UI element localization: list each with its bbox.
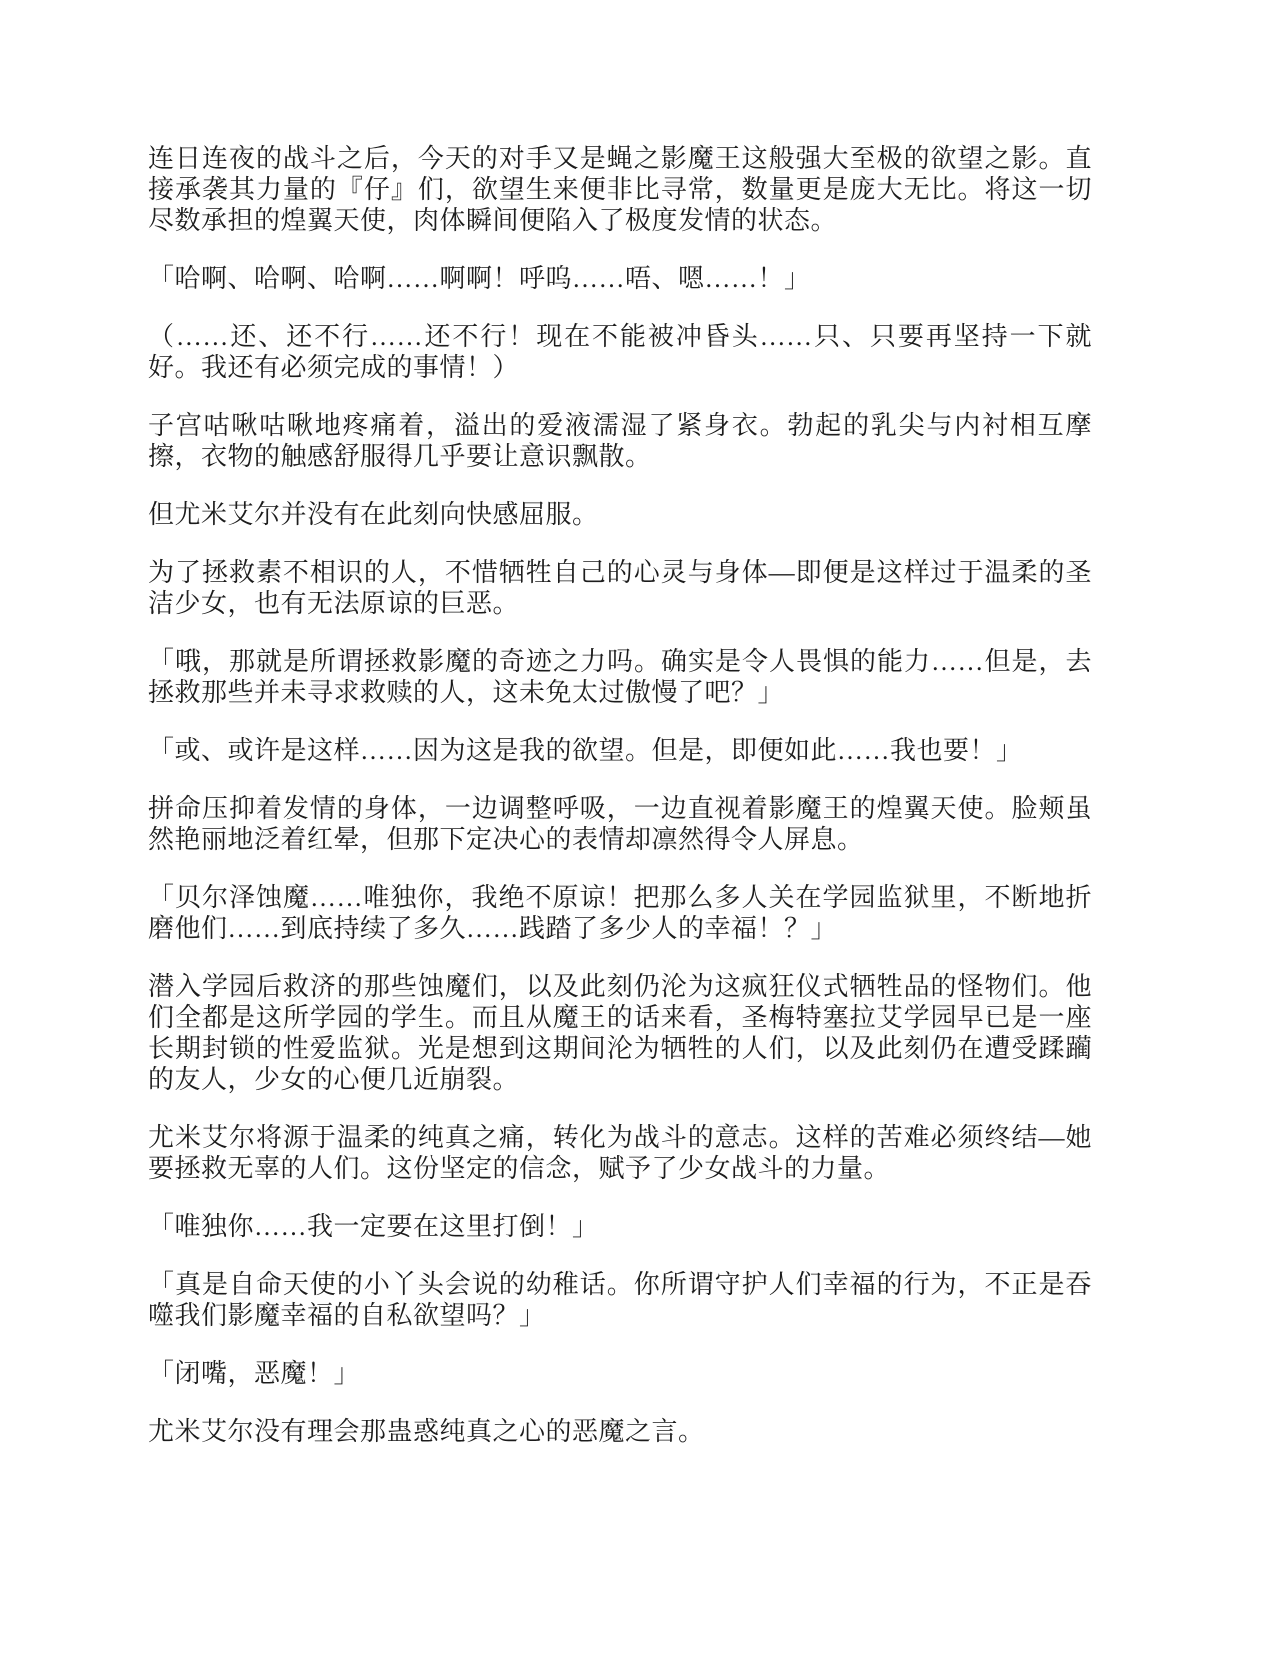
paragraph: 但尤米艾尔并没有在此刻向快感屈服。 xyxy=(148,499,1092,530)
paragraph: 连日连夜的战斗之后，今天的对手又是蝇之影魔王这般强大至极的欲望之影。直接承袭其力… xyxy=(148,143,1092,236)
document-page: 连日连夜的战斗之后，今天的对手又是蝇之影魔王这般强大至极的欲望之影。直接承袭其力… xyxy=(0,0,1280,1656)
paragraph: 拼命压抑着发情的身体，一边调整呼吸，一边直视着影魔王的煌翼天使。脸颊虽然艳丽地泛… xyxy=(148,793,1092,855)
paragraph: 「贝尔泽蚀魔……唯独你，我绝不原谅！把那么多人关在学园监狱里，不断地折磨他们……… xyxy=(148,882,1092,944)
paragraph: 「闭嘴，恶魔！」 xyxy=(148,1358,1092,1389)
paragraph: 「哦，那就是所谓拯救影魔的奇迹之力吗。确实是令人畏惧的能力……但是，去拯救那些并… xyxy=(148,646,1092,708)
paragraph: 「哈啊、哈啊、哈啊……啊啊！呼呜……唔、嗯……！」 xyxy=(148,263,1092,294)
paragraph: 「真是自命天使的小丫头会说的幼稚话。你所谓守护人们幸福的行为，不正是吞噬我们影魔… xyxy=(148,1269,1092,1331)
paragraph: 为了拯救素不相识的人，不惜牺牲自己的心灵与身体—即便是这样过于温柔的圣洁少女，也… xyxy=(148,557,1092,619)
paragraph: （……还、还不行……还不行！现在不能被冲昏头……只、只要再坚持一下就好。我还有必… xyxy=(148,321,1092,383)
paragraph: 潜入学园后救济的那些蚀魔们，以及此刻仍沦为这疯狂仪式牺牲品的怪物们。他们全都是这… xyxy=(148,971,1092,1095)
paragraph: 子宫咕啾咕啾地疼痛着，溢出的爱液濡湿了紧身衣。勃起的乳尖与内衬相互摩擦，衣物的触… xyxy=(148,410,1092,472)
paragraph: 尤米艾尔没有理会那蛊惑纯真之心的恶魔之言。 xyxy=(148,1416,1092,1447)
paragraph: 「或、或许是这样……因为这是我的欲望。但是，即便如此……我也要！」 xyxy=(148,735,1092,766)
text-column: 连日连夜的战斗之后，今天的对手又是蝇之影魔王这般强大至极的欲望之影。直接承袭其力… xyxy=(148,143,1092,1447)
paragraph: 「唯独你……我一定要在这里打倒！」 xyxy=(148,1211,1092,1242)
paragraph: 尤米艾尔将源于温柔的纯真之痛，转化为战斗的意志。这样的苦难必须终结—她要拯救无辜… xyxy=(148,1122,1092,1184)
